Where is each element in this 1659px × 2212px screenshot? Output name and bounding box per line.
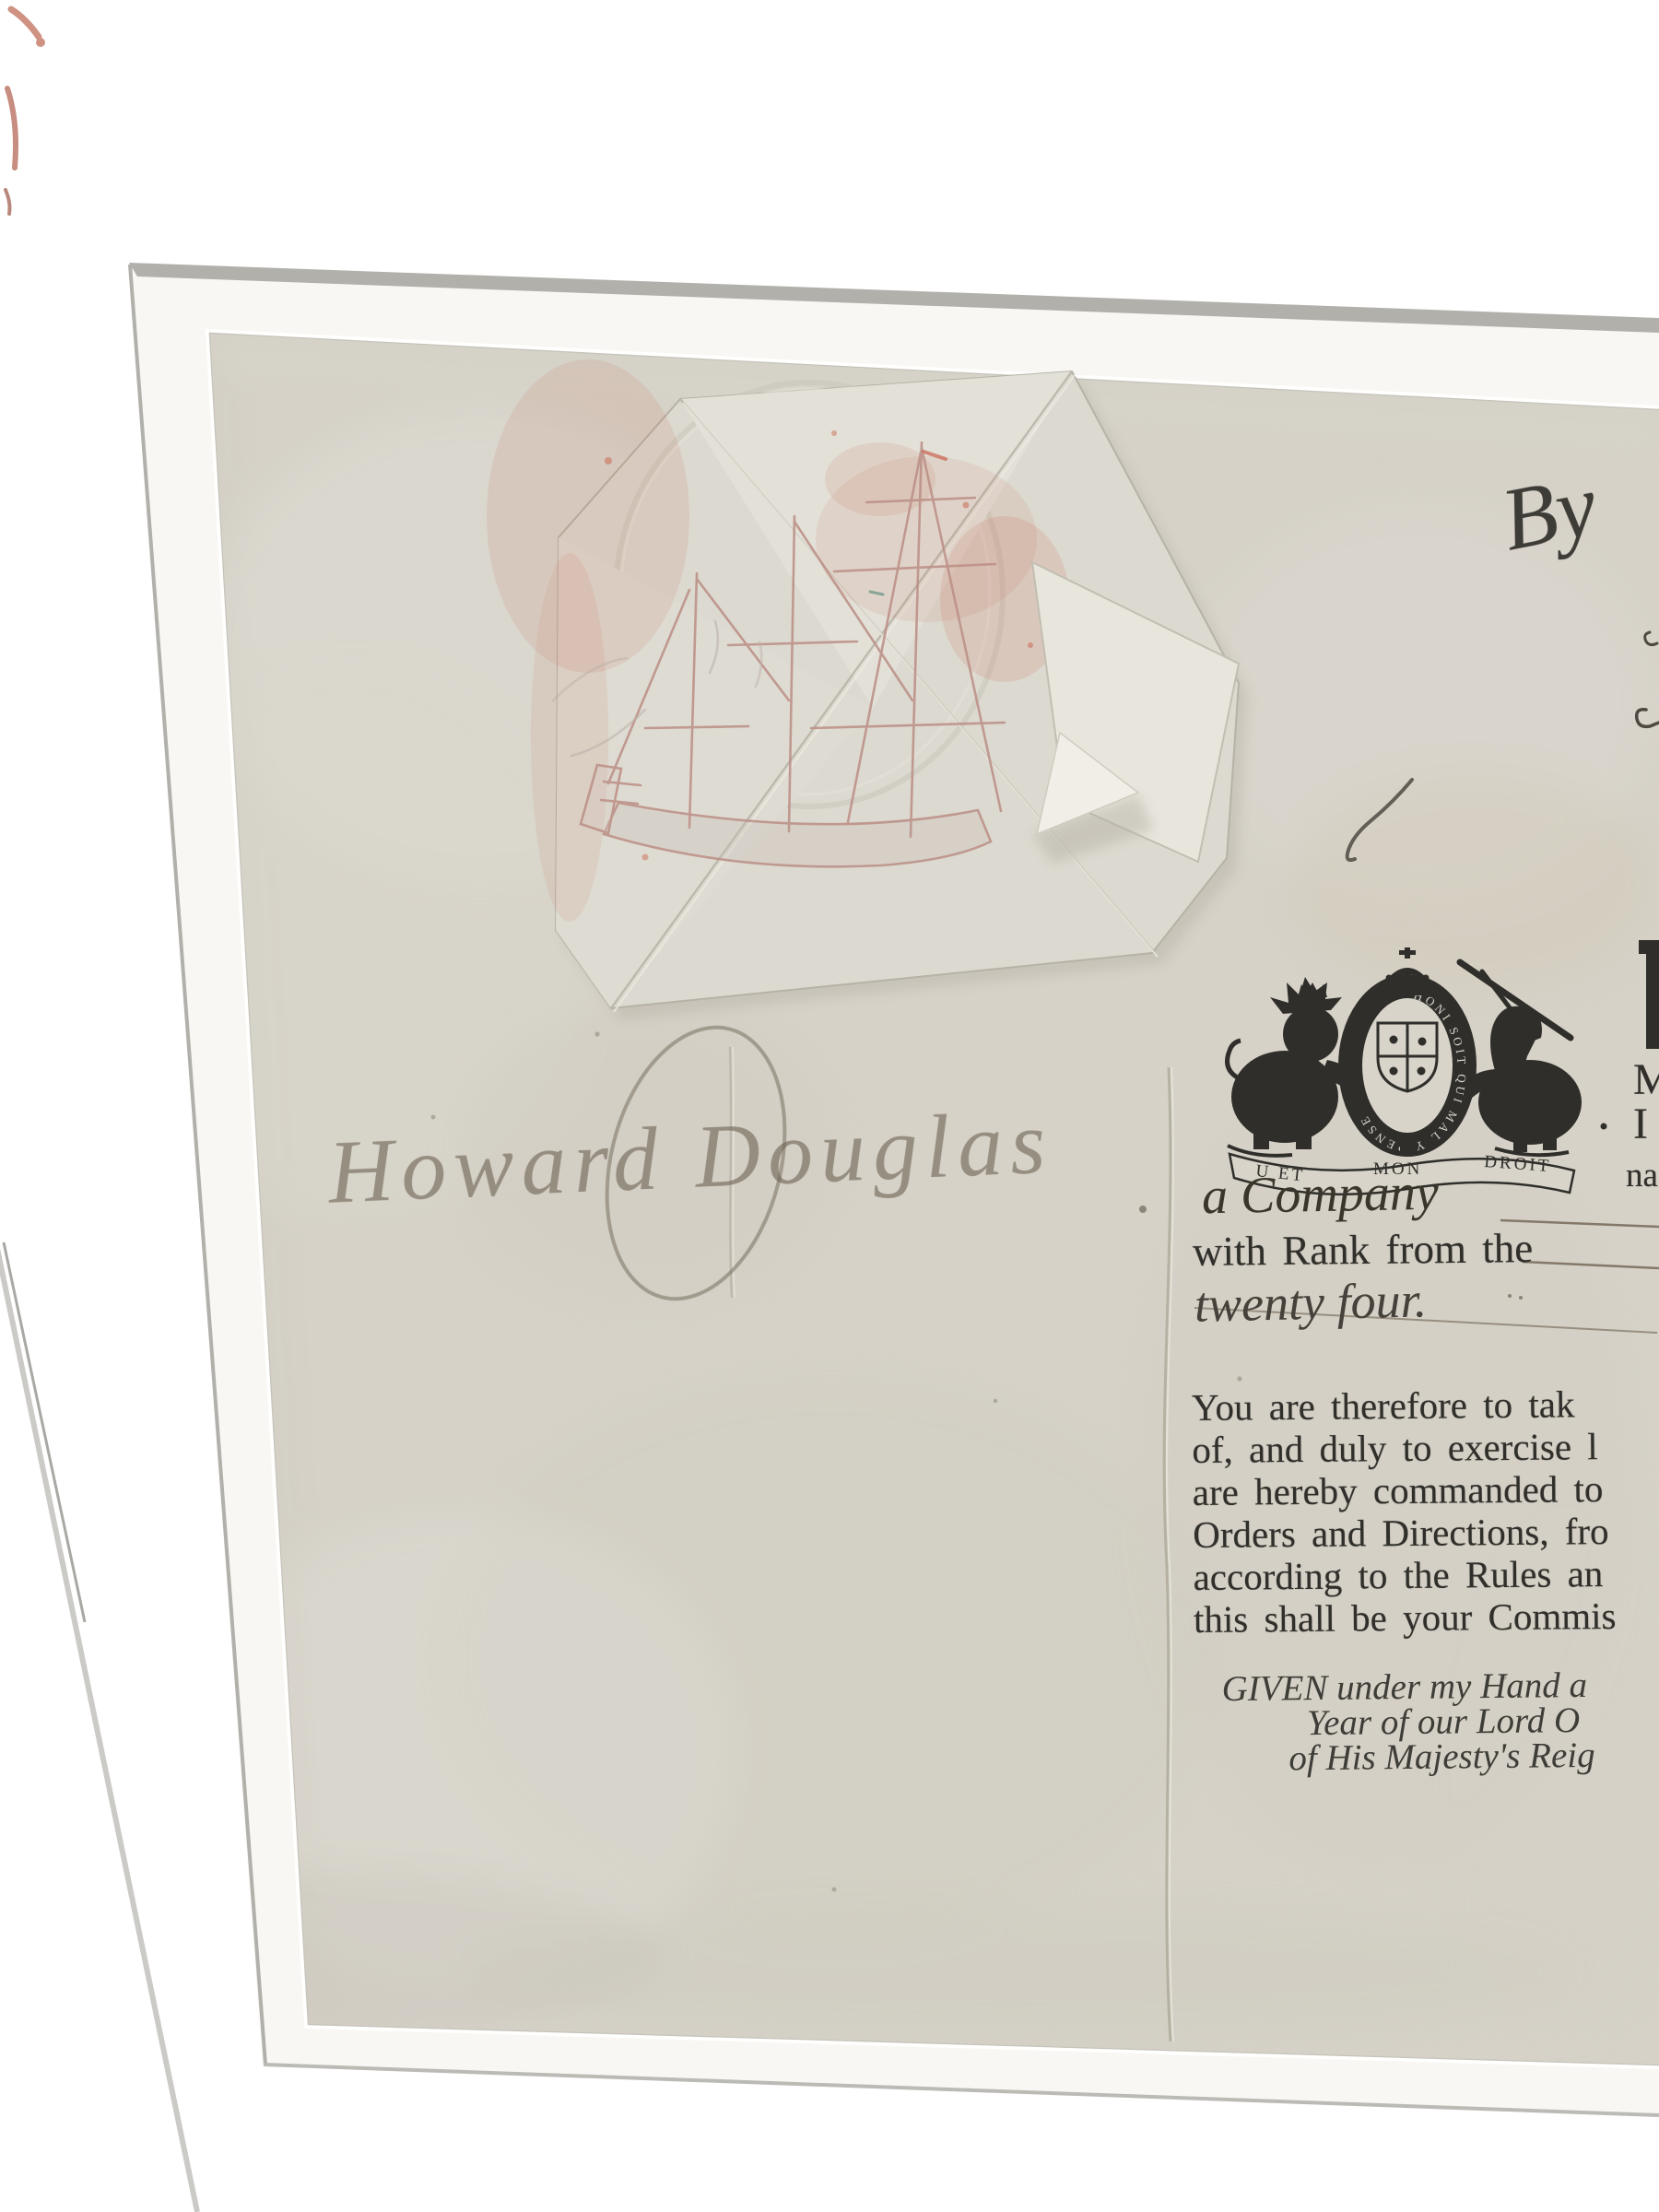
given-clause: GIVEN under my Hand a Year of our Lord O… (1221, 1668, 1594, 1777)
body-line: this shall be your Commis (1194, 1594, 1617, 1641)
body-line: according to the Rules an (1193, 1552, 1616, 1598)
date-line: twenty four. (1194, 1271, 1427, 1333)
body-line: of, and duly to exercise l (1192, 1425, 1615, 1471)
signature-period (1139, 1206, 1147, 1213)
script-heading-by: By (1493, 453, 1605, 571)
fill-line-company: a Company (1201, 1163, 1439, 1226)
corner-marks (6, 9, 45, 214)
rank-line: with Rank from the (1193, 1224, 1534, 1276)
photo-of-framed-commission: HONI SOIT QUI MAL Y PENSE U ET MON (0, 0, 1659, 2212)
body-line: You are therefore to tak (1192, 1382, 1615, 1429)
given-line: of His Majesty's Reig (1288, 1738, 1595, 1776)
body-line: Orders and Directions, fro (1193, 1510, 1616, 1556)
second-frame-edge (0, 1235, 197, 2212)
garter-emblem: HONI SOIT QUI MAL Y PENSE (1350, 986, 1469, 1155)
edge-fragment-i: I (1633, 1099, 1648, 1149)
body-line: are hereby commanded to (1193, 1467, 1616, 1513)
body-paragraph: You are therefore to tak of, and duly to… (1192, 1382, 1617, 1641)
edge-fragment-na: na (1626, 1156, 1658, 1195)
edge-fragment-m: M (1633, 1054, 1659, 1105)
separator-dot (1601, 1124, 1607, 1130)
